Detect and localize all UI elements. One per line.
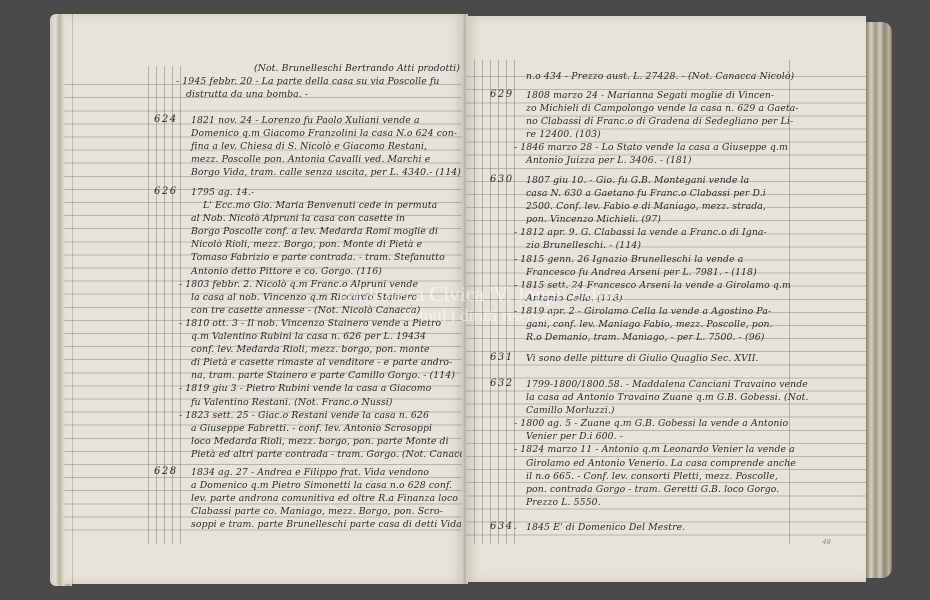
text-line: al Nob. Nicolò Alpruni la casa con caset…: [191, 212, 464, 225]
left-page-header: (Not. Brunelleschi Bertrando Atti prodot…: [254, 62, 460, 75]
text-line: soppi e tram. parte Brunelleschi parte c…: [191, 518, 462, 531]
entry-number: 632: [490, 378, 514, 389]
text-line: Domenico q.m Giacomo Franzolini la casa …: [191, 127, 461, 140]
left-page: (Not. Brunelleschi Bertrando Atti prodot…: [64, 14, 464, 584]
text-line: Prezzo L. 5550.: [526, 496, 809, 509]
text-line: - 1815 genn. 26 Ignazio Brunelleschi la …: [514, 253, 791, 266]
entry-number: 626: [154, 186, 178, 197]
right-page: n.o 434 - Prezzo aust. L. 27428. - (Not.…: [466, 16, 866, 582]
text-line: Borgo Poscolle conf. a lev. Medarda Romi…: [191, 225, 464, 238]
text-line: Pietà ed altri parte contrada - tram. Go…: [191, 448, 464, 461]
text-line: - 1846 marzo 28 - Lo Stato vende la casa…: [514, 141, 799, 154]
text-line: zio Brunelleschi. - (114): [526, 239, 791, 252]
carryover-note: - 1945 febbr. 20 - La parte della casa s…: [176, 75, 440, 101]
text-line: 1834 ag. 27 - Andrea e Filippo frat. Vid…: [191, 466, 462, 479]
text-line: Antonio detto Pittore e co. Gorgo. (116): [191, 265, 464, 278]
text-line: Vi sono delle pitture di Giulio Quaglio …: [526, 352, 759, 365]
text-line: q.m Valentino Rubini la casa n. 626 per …: [191, 330, 464, 343]
text-line: Tomaso Fabrizio e parte contrada. - tram…: [191, 251, 464, 264]
text-line: Francesco fu Andrea Arseni per L. 7981. …: [526, 266, 791, 279]
text-line: - 1824 marzo 11 - Antonio q.m Leonardo V…: [514, 443, 809, 456]
text-line: con tre casette annesse - (Not. Nicolò C…: [191, 304, 464, 317]
page-number: 48: [822, 538, 831, 546]
right-page-header: n.o 434 - Prezzo aust. L. 27428. - (Not.…: [526, 70, 794, 83]
entry-number: 624: [154, 114, 178, 125]
open-ledger-book: (Not. Brunelleschi Bertrando Atti prodot…: [0, 0, 930, 600]
entry-634-text: 1845 E' di Domenico Del Mestre.: [526, 521, 685, 534]
text-line: la casa ad Antonio Travaino Zuane q.m G.…: [526, 391, 809, 404]
entry-number: 630: [490, 174, 514, 185]
text-line: mezz. Poscolle pon. Antonia Cavalli ved.…: [191, 153, 461, 166]
entry-number: 634.: [490, 521, 518, 532]
text-line: - 1810 ott. 3 - Il nob. Vincenzo Stainer…: [179, 317, 464, 330]
text-line: Camillo Morluzzi.): [526, 404, 809, 417]
text-line: 1807 giu 10. - Gio. fu G.B. Montegani ve…: [526, 174, 791, 187]
text-line: - 1823 sett. 25 - Giac.o Restani vende l…: [179, 409, 464, 422]
text-line: di Pietà e casette rimaste al venditore …: [191, 356, 464, 369]
text-line: 1808 marzo 24 - Marianna Segati moglie d…: [526, 89, 799, 102]
text-line: re 12400. (103): [526, 128, 799, 141]
entry-number: 628: [154, 466, 178, 477]
entry-632-text: 1799-1800/1800.58. - Maddalena Canciani …: [526, 378, 809, 509]
text-line: a Giuseppe Fabretti. - conf. lev. Antoni…: [191, 422, 464, 435]
text-line: Nicolò Rioli, mezz. Borgo, pon. Monte di…: [191, 238, 464, 251]
column-rule: [482, 60, 483, 544]
text-line: la casa al nob. Vincenzo q.m Riccardo St…: [191, 291, 464, 304]
text-line: 1821 nov. 24 - Lorenzo fu Paolo Xuliani …: [191, 114, 461, 127]
text-line: pon. Vincenzo Michieli. (97): [526, 213, 791, 226]
text-line: Borgo Vida, tram. calle senza uscita, pe…: [191, 166, 461, 179]
text-line: L' Ecc.mo Gio. Maria Benvenuti cede in p…: [191, 199, 464, 212]
text-line: 1799-1800/1800.58. - Maddalena Canciani …: [526, 378, 809, 391]
text-line: na, tram. parte Stainero e parte Camillo…: [191, 369, 464, 382]
entry-631-text: Vi sono delle pitture di Giulio Quaglio …: [526, 352, 759, 365]
column-rule: [180, 66, 181, 544]
column-rule: [514, 60, 515, 544]
entry-number: 629: [490, 89, 514, 100]
text-line: Venier per D.i 600. -: [526, 430, 809, 443]
text-line: Antonio Cella. (118): [526, 292, 791, 305]
margin-rule: [72, 14, 73, 584]
text-line: 2500. Conf. lev. Fabio e di Maniago, mez…: [526, 200, 791, 213]
entry-630-text: 1807 giu 10. - Gio. fu G.B. Montegani ve…: [526, 174, 791, 344]
entry-628-text: 1834 ag. 27 - Andrea e Filippo frat. Vid…: [191, 466, 462, 531]
text-line: casa N. 630 a Gaetano fu Franc.o Clabass…: [526, 187, 791, 200]
text-line: il n.o 665. - Conf. lev. consorti Pletti…: [526, 470, 809, 483]
text-line: - 1803 febbr. 2. Nicolò q.m Franc.o Alpr…: [179, 278, 464, 291]
entry-624-text: 1821 nov. 24 - Lorenzo fu Paolo Xuliani …: [191, 114, 461, 179]
text-line: a Domenico q.m Pietro Simonetti la casa …: [191, 479, 462, 492]
text-line: Antonio Juizza per L. 3406. - (181): [526, 154, 799, 167]
text-line: 1845 E' di Domenico Del Mestre.: [526, 521, 685, 534]
text-line: pon. contrada Gorgo - tram. Geretti G.B.…: [526, 483, 809, 496]
text-line: R.o Demanio, tram. Maniago, - per L. 750…: [526, 331, 791, 344]
column-rule: [148, 66, 149, 544]
entry-629-text: 1808 marzo 24 - Marianna Segati moglie d…: [526, 89, 799, 168]
text-line: loco Medarda Rioli, mezz. borgo, pon. pa…: [191, 435, 464, 448]
text-line: - 1945 febbr. 20 - La parte della casa s…: [176, 75, 440, 88]
text-line: lev. parte androna comunitiva ed oltre R…: [191, 492, 462, 505]
text-line: fina a lev. Chiesa di S. Nicolò e Giacom…: [191, 140, 461, 153]
text-line: - 1800 ag. 5 - Zuane q.m G.B. Gobessi la…: [514, 417, 809, 430]
right-page-stack-edge: [862, 22, 892, 578]
entry-626-text: 1795 ag. 14.- L' Ecc.mo Gio. Maria Benve…: [191, 186, 464, 461]
text-line: - 1815 sett. 24 Francesco Arseni la vend…: [514, 279, 791, 292]
text-line: - 1819 giu 3 - Pietro Rubini vende la ca…: [179, 382, 464, 395]
text-line: zo Michieli di Campolongo vende la casa …: [526, 102, 799, 115]
column-rule: [506, 60, 507, 544]
text-line: conf. lev. Medarda Rioli, mezz. borgo, p…: [191, 343, 464, 356]
text-line: fu Valentino Restani. (Not. Franc.o Nuss…: [191, 396, 464, 409]
text-line: 1795 ag. 14.-: [191, 186, 464, 199]
text-line: gani, conf. lev. Maniago Fabio, mezz. Po…: [526, 318, 791, 331]
column-rule: [498, 60, 499, 544]
text-line: Clabassi parte co. Maniago, mezz. Borgo,…: [191, 505, 462, 518]
text-line: distrutta da una bomba. -: [176, 88, 440, 101]
text-line: - 1819 apr. 2 - Girolamo Cella la vende …: [514, 305, 791, 318]
text-line: - 1812 apr. 9. G. Clabassi la vende a Fr…: [514, 226, 791, 239]
entry-number: 631: [490, 352, 514, 363]
column-rule: [490, 60, 491, 544]
text-line: no Clabassi di Franc.o di Gradena di Sed…: [526, 115, 799, 128]
text-line: Girolamo ed Antonio Venerio. La casa com…: [526, 457, 809, 470]
column-rule: [474, 60, 475, 544]
